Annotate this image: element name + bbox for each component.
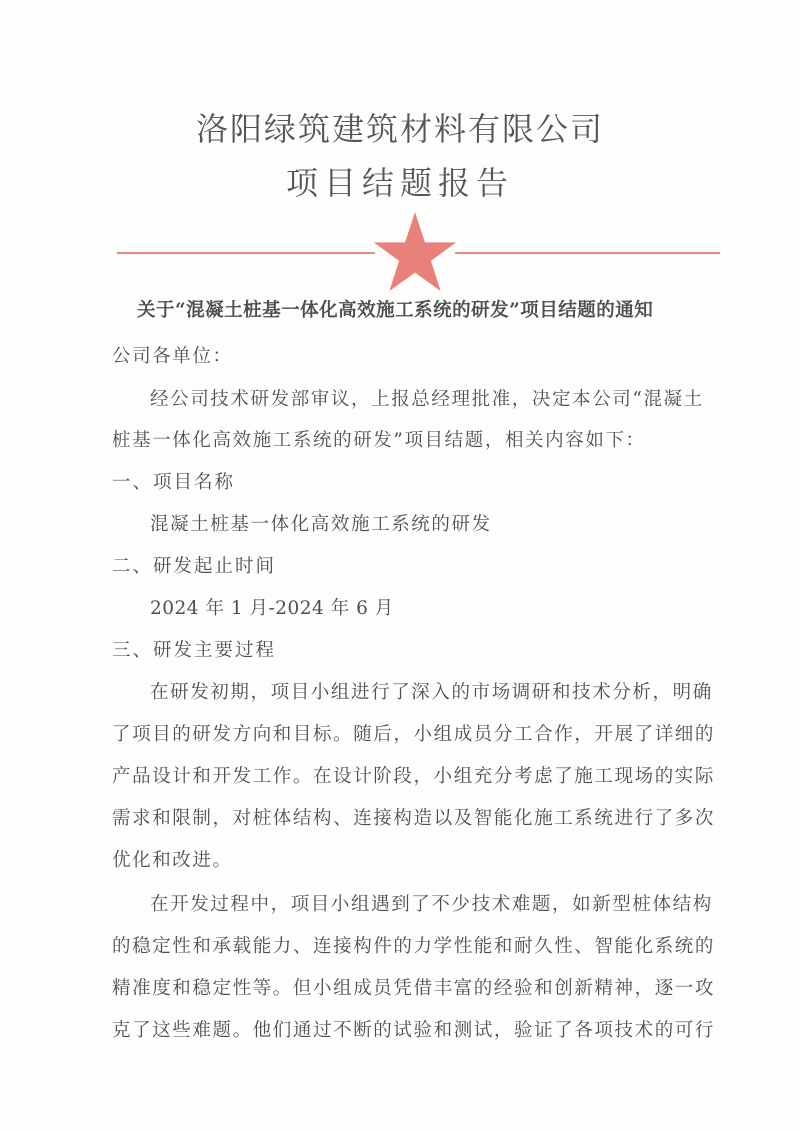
intro-line-2: 桩基一体化高效施工系统的研发”项目结题，相关内容如下： [112,426,646,452]
section-heading-1: 一、项目名称 [112,468,235,494]
process-p2-line-1: 在开发过程中，项目小组遇到了不少技术难题，如新型桩体结构 [150,890,713,916]
salutation: 公司各单位： [112,342,233,368]
company-title: 洛阳绿筑建筑材料有限公司 [0,104,800,150]
process-p1-line-1: 在研发初期，项目小组进行了深入的市场调研和技术分析，明确 [150,678,713,704]
divider-left [117,252,375,254]
red-star-icon [373,212,457,292]
notice-title: 关于“混凝土桩基一体化高效施工系统的研发”项目结题的通知 [137,296,653,322]
divider-right [455,252,720,254]
section-heading-2: 二、研发起止时间 [112,552,276,578]
process-p2-line-2: 的稳定性和承载能力、连接构件的力学性能和耐久性、智能化系统的 [112,932,715,958]
section-body-1: 混凝土桩基一体化高效施工系统的研发 [150,510,492,536]
section-body-2: 2024 年 1 月-2024 年 6 月 [150,594,394,620]
process-p1-line-2: 了项目的研发方向和目标。随后，小组成员分工合作，开展了详细的 [112,720,715,746]
section-heading-3: 三、研发主要过程 [112,636,276,662]
process-p1-line-5: 优化和改进。 [112,846,233,872]
report-title: 项目结题报告 [0,158,800,204]
process-p1-line-4: 需求和限制，对桩体结构、连接构造以及智能化施工系统进行了多次 [112,804,715,830]
process-p2-line-4: 克了这些难题。他们通过不断的试验和测试，验证了各项技术的可行 [112,1016,715,1042]
process-p1-line-3: 产品设计和开发工作。在设计阶段，小组充分考虑了施工现场的实际 [112,762,715,788]
intro-line-1: 经公司技术研发部审议，上报总经理批准，决定本公司“混凝土 [150,385,704,411]
process-p2-line-3: 精准度和稳定性等。但小组成员凭借丰富的经验和创新精神，逐一攻 [112,974,715,1000]
